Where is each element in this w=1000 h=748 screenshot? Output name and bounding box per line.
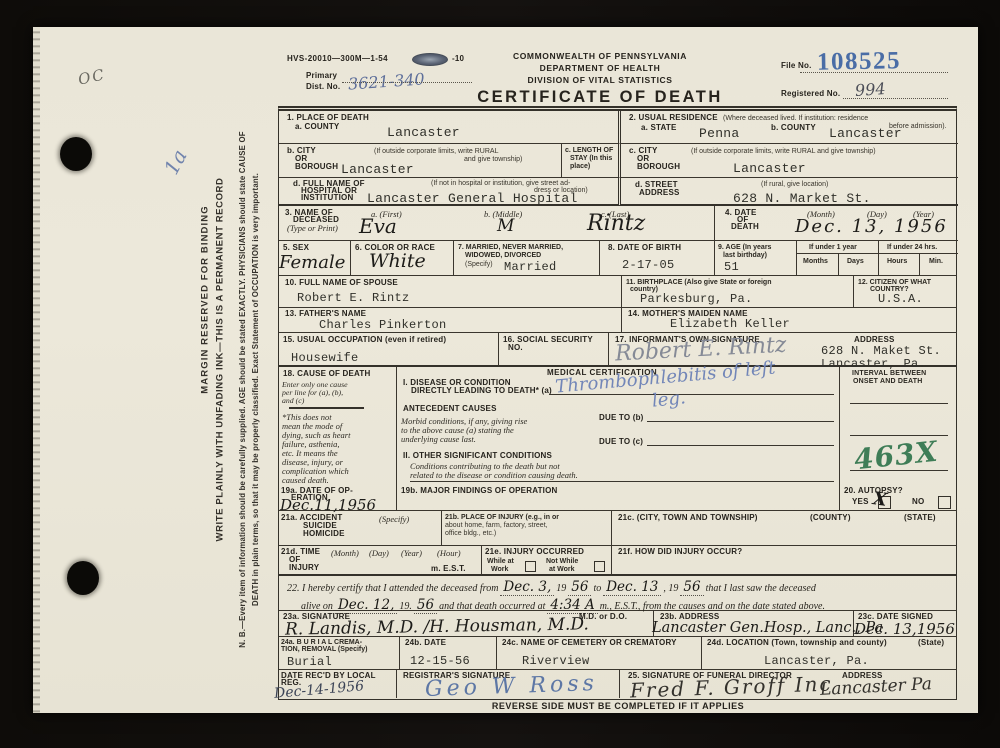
marital-label2: WIDOWED, DIVORCED xyxy=(465,252,541,259)
hours-label: Hours xyxy=(887,258,907,265)
ti-month: (Month) xyxy=(331,549,359,558)
place-injury-label1: 21b. PLACE OF INJURY (e.g., in or xyxy=(445,514,559,521)
sex-label: 5. SEX xyxy=(283,244,309,252)
occupation-value: Housewife xyxy=(291,351,359,365)
cert-t1: 22. I hereby certify that I attended the… xyxy=(285,583,500,594)
form-stock-code: HVS-20010—300M—1-54 xyxy=(287,55,388,63)
field-date-of-operation: 19a. DATE OF OP- ERATION Dec.11,1956 xyxy=(279,485,396,511)
ti-est: m. E.S.T. xyxy=(431,565,466,573)
accident-label3: HOMICIDE xyxy=(303,530,345,538)
certificate-title: CERTIFICATE OF DEATH xyxy=(430,89,770,106)
ssn-label2: NO. xyxy=(508,344,523,352)
punch-hole-top xyxy=(60,137,92,171)
paper-deckle-edge xyxy=(33,27,40,713)
under1yr-label: If under 1 year xyxy=(809,244,857,251)
field-physician-address: 23b. ADDRESS Lancaster Gen.Hosp., Lanc.,… xyxy=(653,611,853,637)
father-value: Charles Pinkerton xyxy=(319,318,447,332)
burial-label1: 24a. B U R I A L CREMA- xyxy=(281,639,362,646)
field-name-of-deceased: 3. NAME OF DECEASED (Type or Print) a. (… xyxy=(279,206,714,241)
citizen-value: U.S.A. xyxy=(878,292,923,306)
cert-t2: 19 xyxy=(554,583,568,594)
county-value: Lancaster xyxy=(387,125,460,140)
punch-hole-bottom xyxy=(67,561,99,595)
street-note: (If rural, give location) xyxy=(761,181,828,188)
not-while-at-work-checkbox xyxy=(594,561,605,572)
burial-label2: TION, REMOVAL (Specify) xyxy=(281,646,367,653)
field-informant: 17. INFORMANT'S OWN SIGNATURE ADDRESS Ro… xyxy=(608,333,957,367)
due-c-line xyxy=(647,445,834,446)
race-value: White xyxy=(369,250,426,272)
informant-address1: 628 N. Maket St. xyxy=(821,344,941,358)
place-injury-label3: office bldg., etc.) xyxy=(445,530,496,537)
autopsy-yes-label: YES xyxy=(852,498,869,506)
cert-hw-from-date: Dec. 3, xyxy=(500,579,554,596)
accident-specify: (Specify) xyxy=(379,515,409,524)
file-no-rule xyxy=(800,72,948,73)
county-label: a. COUNTY xyxy=(295,123,339,131)
due-to-c-label: DUE TO (c) xyxy=(599,438,643,446)
cause-title: 18. CAUSE OF DEATH xyxy=(283,370,370,378)
field-major-findings: 19b. MAJOR FINDINGS OF OPERATION xyxy=(396,485,839,511)
not-while-1: Not While xyxy=(546,558,578,565)
occupation-label: 15. USUAL OCCUPATION (even if retired) xyxy=(283,336,446,344)
registrar-signature-value: Geo W Ross xyxy=(425,671,599,702)
length-of-stay-label2: STAY (In this xyxy=(570,155,612,162)
reverse-side-footer: REVERSE SIDE MUST BE COMPLETED IF IT APP… xyxy=(278,701,958,711)
min-label: Min. xyxy=(929,258,943,265)
age-value: 51 xyxy=(724,260,739,274)
other-conditions-note2: related to the disease or condition caus… xyxy=(410,471,578,480)
field-injury-occurred: 21e. INJURY OCCURRED While at Work Not W… xyxy=(481,546,611,576)
usual-residence-title: 2. USUAL RESIDENCE xyxy=(629,114,718,122)
cause-notes-divider xyxy=(289,407,364,409)
cert-hw-to-date: Dec. 13 xyxy=(603,579,661,596)
length-of-stay-label3: place) xyxy=(570,163,590,170)
field-occupation: 15. USUAL OCCUPATION (even if retired) H… xyxy=(279,333,498,367)
res-borough-label: BOROUGH xyxy=(637,163,680,171)
primary-dist-label-2: Dist. No. xyxy=(306,83,340,91)
antecedent-label: ANTECEDENT CAUSES xyxy=(403,405,497,413)
field-age-under-1-year: If under 1 year Months Days xyxy=(796,241,878,276)
birthplace-label1: 11. BIRTHPLACE (Also give State or forei… xyxy=(626,279,771,286)
middle-name-value: M xyxy=(497,216,514,236)
other-conditions-label: II. OTHER SIGNIFICANT CONDITIONS xyxy=(403,452,552,460)
borough-label: BOROUGH xyxy=(295,163,338,171)
cemetery-location-label: 24d. LOCATION (Town, township and county… xyxy=(707,639,887,647)
field-citizen: 12. CITIZEN OF WHAT COUNTRY? U.S.A. xyxy=(853,276,957,308)
field-length-of-stay: c. LENGTH OF STAY (In this place) xyxy=(561,144,618,178)
dist-no-rule xyxy=(342,82,472,83)
field-how-injury-occurred: 21f. HOW DID INJURY OCCUR? xyxy=(611,546,957,576)
spouse-label: 10. FULL NAME OF SPOUSE xyxy=(285,279,398,287)
street-label2: ADDRESS xyxy=(639,189,680,197)
header-division: DIVISION OF VITAL STATISTICS xyxy=(460,76,740,85)
cert-t5: that I last saw the deceased xyxy=(704,583,818,594)
usual-residence-note1: (Where deceased lived. If institution: r… xyxy=(723,115,868,122)
file-no-label: File No. xyxy=(781,62,812,70)
field-injury-city: 21c. (CITY, TOWN AND TOWNSHIP) (COUNTY) … xyxy=(611,511,957,546)
injury-occurred-label: 21e. INJURY OCCURRED xyxy=(485,548,584,556)
interval-label1: INTERVAL BETWEEN xyxy=(852,370,926,377)
burial-date-value: 12-15-56 xyxy=(410,654,470,668)
margin-nb-note-line1: N. B.—Every item of information should b… xyxy=(238,67,247,712)
registered-number-handwritten: 994 xyxy=(854,79,886,100)
cert-t3: to xyxy=(591,583,603,594)
first-name-value: Eva xyxy=(359,214,397,238)
field-age-under-24-hrs: If under 24 hrs. Hours Min. xyxy=(878,241,957,276)
due-b-line xyxy=(647,421,834,422)
place-of-death-title: 1. PLACE OF DEATH xyxy=(287,114,369,122)
field-registrar-signature: REGISTRAR'S SIGNATURE Geo W Ross xyxy=(396,670,619,698)
field-color-or-race: 6. COLOR OR RACE White xyxy=(350,241,453,276)
field-medical-certification: MEDICAL CERTIFICATION I. DISEASE OR COND… xyxy=(396,367,839,485)
major-findings-label: 19b. MAJOR FINDINGS OF OPERATION xyxy=(401,487,558,495)
street-value: 628 N. Market St. xyxy=(733,191,871,206)
under24-label: If under 24 hrs. xyxy=(887,244,937,251)
state-label: a. STATE xyxy=(641,124,677,132)
registered-no-rule xyxy=(843,98,948,99)
mother-value: Elizabeth Keller xyxy=(670,317,790,331)
burial-date-label: 24b. DATE xyxy=(405,639,446,647)
father-label: 13. FATHER'S NAME xyxy=(285,310,366,318)
due-to-b-label: DUE TO (b) xyxy=(599,414,644,422)
physician-address-value: Lancaster Gen.Hosp., Lanc., Pa xyxy=(652,620,883,636)
physician-signature-value: R. Landis, M.D. /H. Housman, M.D. xyxy=(285,614,589,639)
time-injury-label3: INJURY xyxy=(289,564,319,572)
registered-no-label: Registered No. xyxy=(781,90,840,98)
field-mother-name: 14. MOTHER'S MAIDEN NAME Elizabeth Kelle… xyxy=(621,308,957,333)
disease-label2: DIRECTLY LEADING TO DEATH* (a) xyxy=(411,387,552,395)
age-label1: 9. AGE (In years xyxy=(718,244,771,251)
residence-county-value: Lancaster xyxy=(829,126,902,141)
margin-binding-note: MARGIN RESERVED FOR BINDING xyxy=(200,180,211,420)
citizen-label1: 12. CITIZEN OF WHAT xyxy=(858,279,931,286)
field-marital-status: 7. MARRIED, NEVER MARRIED, WIDOWED, DIVO… xyxy=(453,241,599,276)
burial-value: Burial xyxy=(287,655,332,669)
field-date-of-birth: 8. DATE OF BIRTH 2-17-05 xyxy=(599,241,714,276)
field-sex: 5. SEX Female xyxy=(279,241,350,276)
state-value: Penna xyxy=(699,126,740,141)
marital-label1: 7. MARRIED, NEVER MARRIED, xyxy=(458,244,563,251)
field-father-name: 13. FATHER'S NAME Charles Pinkerton xyxy=(279,308,621,333)
interval-label2: ONSET AND DEATH xyxy=(853,378,923,385)
while-at-work-checkbox xyxy=(525,561,536,572)
field-cemetery-location: 24d. LOCATION (Town, township and county… xyxy=(701,637,957,670)
months-label: Months xyxy=(803,258,828,265)
marital-value: Married xyxy=(504,260,557,274)
last-name-value: Rintz xyxy=(587,211,645,236)
other-conditions-line xyxy=(410,481,834,482)
res-city-note: (If outside corporate limits, write RURA… xyxy=(691,148,876,155)
ti-day: (Day) xyxy=(369,549,389,558)
primary-dist-label-1: Primary xyxy=(306,72,337,80)
printers-union-emblem-icon xyxy=(412,53,448,66)
hospital-value: Lancaster General Hospital xyxy=(367,191,578,206)
res-city-value: Lancaster xyxy=(733,161,806,176)
field-interval-onset-death: INTERVAL BETWEEN ONSET AND DEATH 463X xyxy=(839,367,957,485)
city-value: Lancaster xyxy=(341,162,414,177)
informant-address2: Lancaster, Pa. xyxy=(821,357,926,371)
place-injury-label2: about home, farm, factory, street, xyxy=(445,522,548,529)
margin-nb-note-line2: DEATH in plain terms, so that it may be … xyxy=(251,87,260,692)
cert-line1: 22. I hereby certify that I attended the… xyxy=(285,579,951,597)
cause-note3: and (c) xyxy=(282,397,304,405)
dob-label: 8. DATE OF BIRTH xyxy=(608,244,681,252)
field-date-of-death: 4. DATE OF DEATH (Month) (Day) (Year) De… xyxy=(714,206,958,241)
injury-city-label: 21c. (CITY, TOWN AND TOWNSHIP) xyxy=(618,514,758,522)
cause-a-value-line2: leg. xyxy=(651,387,687,411)
header-commonwealth: COMMONWEALTH OF PENNSYLVANIA xyxy=(460,52,740,61)
ti-year: (Year) xyxy=(401,549,422,558)
dod-title3: DEATH xyxy=(731,223,759,231)
field-burial-date: 24b. DATE 12-15-56 xyxy=(399,637,496,670)
field-time-of-injury: 21d. TIME OF INJURY (Month) (Day) (Year)… xyxy=(279,546,481,576)
field-birthplace: 11. BIRTHPLACE (Also give State or forei… xyxy=(621,276,853,308)
field-age: 9. AGE (In years last birthday) 51 xyxy=(714,241,796,276)
field-cause-of-death-notes: 18. CAUSE OF DEATH Enter only one cause … xyxy=(279,367,396,485)
field-date-received: DATE REC'D BY LOCAL REG. Dec-14-1956 xyxy=(279,670,396,698)
field-cemetery-name: 24c. NAME OF CEMETERY OR CREMATORY River… xyxy=(496,637,701,670)
field-street-address: d. STREET ADDRESS (If rural, give locati… xyxy=(618,178,958,206)
injury-state-label: (STATE) xyxy=(904,514,936,522)
length-of-stay-label1: c. LENGTH OF xyxy=(565,147,613,154)
field-certification-statement: 22. I hereby certify that I attended the… xyxy=(279,576,957,611)
field-burial-type: 24a. B U R I A L CREMA- TION, REMOVAL (S… xyxy=(279,637,399,670)
time-injury-label1: 21d. TIME xyxy=(281,548,320,556)
while-at-1: While at xyxy=(487,558,514,565)
dob-value: 2-17-05 xyxy=(622,258,675,272)
hospital-note1: (If not in hospital or institution, give… xyxy=(431,180,570,187)
ti-hour: (Hour) xyxy=(437,549,461,558)
cert-hw-from-year: 56 xyxy=(568,579,591,596)
under1yr-vdivider xyxy=(838,253,839,276)
autopsy-no-label: NO xyxy=(912,498,924,506)
under24-vdivider xyxy=(919,253,920,276)
field-accident-suicide-homicide: 21a. ACCIDENT SUICIDE HOMICIDE (Specify) xyxy=(279,511,441,546)
date-signed-value: Dec. 13,1956 xyxy=(854,620,955,638)
field-place-of-death-county: 1. PLACE OF DEATH a. COUNTY Lancaster xyxy=(279,111,618,144)
dod-value: Dec. 13, 1956 xyxy=(795,216,948,237)
field-hospital-name: d. FULL NAME OF HOSPITAL OR INSTITUTION … xyxy=(279,178,618,206)
marital-specify: (Specify) xyxy=(465,261,493,268)
cemetery-label: 24c. NAME OF CEMETERY OR CREMATORY xyxy=(502,639,677,647)
injury-county-label: (COUNTY) xyxy=(810,514,851,522)
cemetery-location-value: Lancaster, Pa. xyxy=(764,654,869,668)
not-while-2: at Work xyxy=(549,566,575,573)
residence-county-label: b. COUNTY xyxy=(771,124,816,132)
header-department: DEPARTMENT OF HEALTH xyxy=(460,64,740,73)
field-ssn: 16. SOCIAL SECURITY NO. xyxy=(498,333,608,367)
autopsy-no-checkbox xyxy=(938,496,951,509)
field-spouse-name: 10. FULL NAME OF SPOUSE Robert E. Rintz xyxy=(279,276,621,308)
field-physician-signature: 23a. SIGNATURE M.D. or D.O. R. Landis, M… xyxy=(279,611,653,637)
age-label2: last birthday) xyxy=(723,252,767,259)
certificate-form: 1. PLACE OF DEATH a. COUNTY Lancaster 2.… xyxy=(278,106,957,700)
cert-hw-to-year: 56 xyxy=(680,579,703,596)
field-date-signed: 23c. DATE SIGNED Dec. 13,1956 xyxy=(853,611,957,637)
field-city-borough-death: b. CITY OR BOROUGH (If outside corporate… xyxy=(279,144,561,178)
field-city-borough-residence: c. CITY OR BOROUGH (If outside corporate… xyxy=(618,144,958,178)
field-place-of-injury: 21b. PLACE OF INJURY (e.g., in or about … xyxy=(441,511,611,546)
sex-value: Female xyxy=(279,252,345,273)
city-note1: (If outside corporate limits, write RURA… xyxy=(374,148,498,155)
name-note: (Type or Print) xyxy=(287,224,338,233)
informant-address-label: ADDRESS xyxy=(854,336,895,344)
cemetery-value: Riverview xyxy=(522,654,590,668)
while-at-2: Work xyxy=(491,566,508,573)
how-injury-label: 21f. HOW DID INJURY OCCUR? xyxy=(618,548,742,556)
margin-permanent-record-note: WRITE PLAINLY WITH UNFADING INK—THIS IS … xyxy=(215,150,226,570)
field-funeral-director: 25. SIGNATURE OF FUNERAL DIRECTOR ADDRES… xyxy=(619,670,957,698)
scanned-death-certificate: OC 1a MARGIN RESERVED FOR BINDING WRITE … xyxy=(0,0,1000,748)
city-note2: and give township) xyxy=(464,156,522,163)
days-label: Days xyxy=(847,258,864,265)
cause-star8: caused death. xyxy=(282,476,329,485)
autopsy-yes-xmark: X xyxy=(872,488,889,511)
interval-line1 xyxy=(850,403,948,404)
cemetery-state-label: (State) xyxy=(918,639,944,647)
cert-t4: , 19 xyxy=(661,583,680,594)
birthplace-value: Parkesburg, Pa. xyxy=(640,292,753,306)
funeral-director-address: Lancaster Pa xyxy=(820,674,933,700)
hospital-label3: INSTITUTION xyxy=(301,194,353,202)
field-usual-residence-state-county: 2. USUAL RESIDENCE (Where deceased lived… xyxy=(618,111,958,144)
morbid-line3: underlying cause last. xyxy=(401,435,476,444)
field-autopsy: 20. AUTOPSY? YES X NO xyxy=(839,485,957,511)
spouse-value: Robert E. Rintz xyxy=(297,291,410,305)
